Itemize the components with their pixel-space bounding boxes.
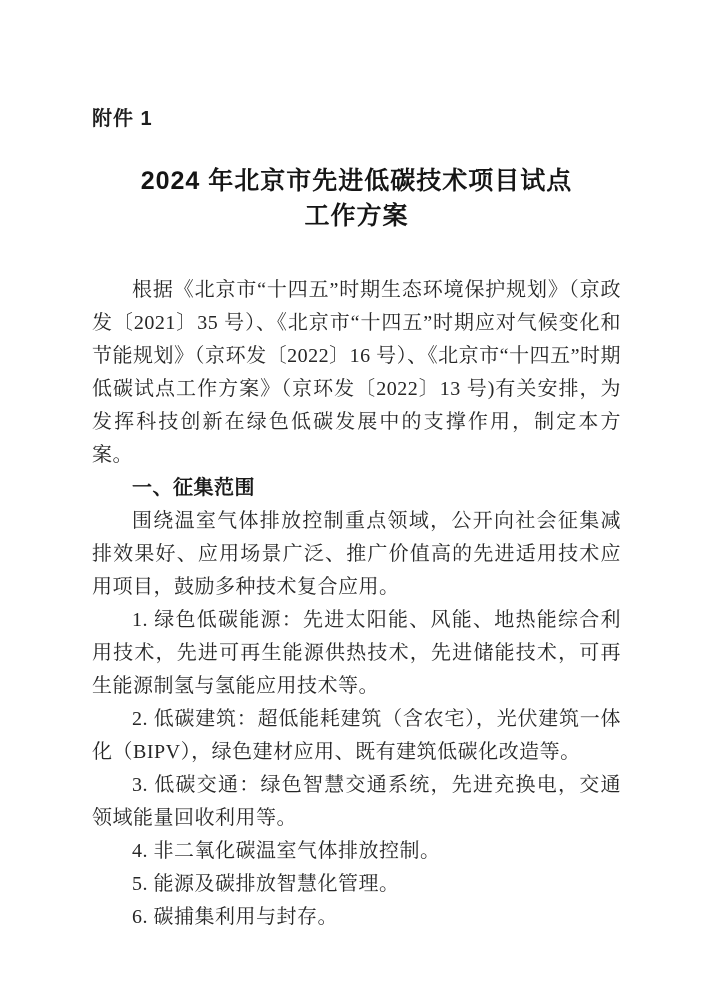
intro-paragraph: 根据《北京市“十四五”时期生态环境保护规划》（京政发〔2021〕35 号）、《北… — [92, 274, 621, 472]
list-item-6: 6. 碳捕集利用与封存。 — [92, 901, 621, 934]
list-item-4: 4. 非二氧化碳温室气体排放控制。 — [92, 835, 621, 868]
document-page: 附件 1 2024 年北京市先进低碳技术项目试点 工作方案 根据《北京市“十四五… — [0, 0, 707, 1000]
list-item-1: 1. 绿色低碳能源：先进太阳能、风能、地热能综合利用技术，先进可再生能源供热技术… — [92, 604, 621, 703]
document-title-line-2: 工作方案 — [304, 202, 408, 230]
list-item-5: 5. 能源及碳排放智慧化管理。 — [92, 868, 621, 901]
list-item-3: 3. 低碳交通：绿色智慧交通系统，先进充换电，交通领域能量回收利用等。 — [92, 769, 621, 835]
document-title-line-1: 2024 年北京市先进低碳技术项目试点 — [141, 167, 573, 195]
attachment-label: 附件 1 — [92, 106, 621, 132]
document-title: 2024 年北京市先进低碳技术项目试点 工作方案 — [92, 164, 621, 234]
list-item-2: 2. 低碳建筑：超低能耗建筑（含农宅），光伏建筑一体化（BIPV），绿色建材应用… — [92, 703, 621, 769]
section-heading: 一、征集范围 — [92, 472, 621, 505]
section-lead-paragraph: 围绕温室气体排放控制重点领域，公开向社会征集减排效果好、应用场景广泛、推广价值高… — [92, 505, 621, 604]
document-body: 根据《北京市“十四五”时期生态环境保护规划》（京政发〔2021〕35 号）、《北… — [92, 274, 621, 934]
